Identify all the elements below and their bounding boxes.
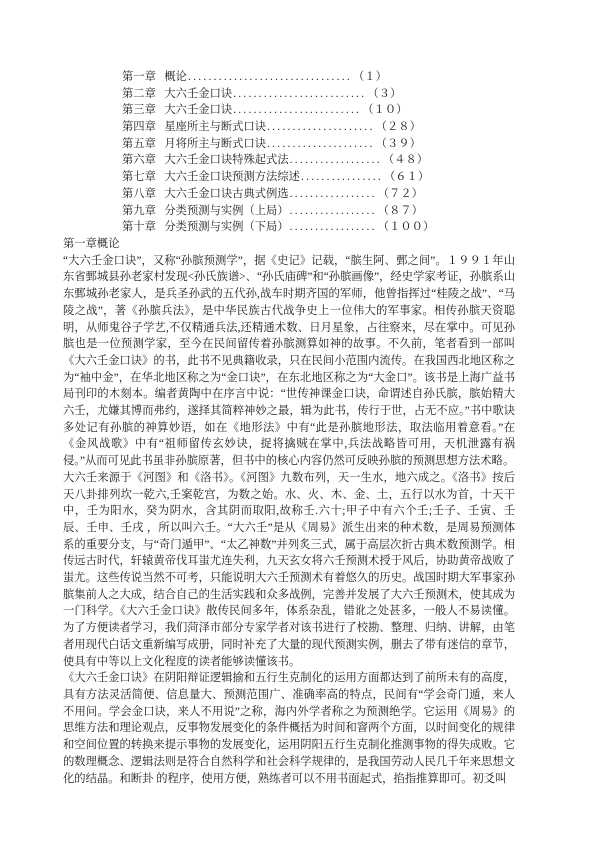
toc-dot-leader: ................. — [290, 221, 377, 233]
toc-title: 大六壬金口诀预测方法综述 — [164, 171, 300, 183]
toc-chapter-label: 第三章 — [122, 104, 156, 116]
toc-chapter-label: 第四章 — [122, 121, 156, 133]
toc-chapter-label: 第九章 — [122, 205, 156, 217]
toc-page-number: （３） — [367, 88, 401, 100]
toc-chapter-label: 第七章 — [122, 171, 156, 183]
toc-dot-leader: ................. — [290, 188, 377, 200]
toc-entry: 第八章大六壬金口诀古典式例选.................（７２） — [122, 186, 434, 203]
toc-entry: 第六章大六壬金口诀特殊起式法..................（４８） — [122, 152, 434, 169]
toc-dot-leader: ................. — [290, 205, 377, 217]
toc-entry: 第七章大六壬金口诀预测方法综述................（６１） — [122, 169, 434, 186]
toc-entry: 第十章分类预测与实例（下局）.................（１００） — [122, 219, 434, 236]
body-paragraph: 大六壬来源于《河图》和《洛书》。《河图》九数布列，天一生水，地六成之。《洛书》按… — [63, 470, 515, 670]
toc-title: 月将所主与断式口诀 — [164, 138, 266, 150]
toc-chapter-label: 第一章 — [122, 71, 156, 83]
toc-page-number: （４８） — [383, 154, 428, 166]
toc-entry: 第三章大六壬金口诀.........................（１０） — [122, 102, 434, 119]
toc-title: 大六壬金口诀特殊起式法 — [164, 154, 288, 166]
toc-chapter-label: 第十章 — [122, 221, 156, 233]
toc-page-number: （３９） — [376, 138, 421, 150]
toc-chapter-label: 第二章 — [122, 88, 156, 100]
toc-entry: 第一章概论................................（１） — [122, 69, 434, 86]
toc-entry: 第二章大六壬金口诀..........................（３） — [122, 86, 434, 103]
toc-page-number: （１００） — [378, 221, 435, 233]
toc-dot-leader: ......................... — [233, 104, 361, 116]
body-paragraph: 《大六壬金口诀》在阴阳辩证逻辑揄和五行生克制化的运用方面都达到了前所未有的高度，… — [63, 670, 515, 787]
toc-dot-leader: ..................... — [267, 138, 375, 150]
toc-dot-leader: .................. — [290, 154, 382, 166]
toc-dot-leader: ................ — [301, 171, 383, 183]
document-page: 第一章概论................................（１）… — [0, 0, 595, 842]
toc-entry: 第四章星座所主与断式口诀.....................（２８） — [122, 119, 434, 136]
toc-page-number: （６１） — [384, 171, 429, 183]
toc-dot-leader: .......................... — [233, 88, 366, 100]
table-of-contents: 第一章概论................................（１）… — [122, 69, 434, 236]
toc-chapter-label: 第五章 — [122, 138, 156, 150]
toc-title: 星座所主与断式口诀 — [164, 121, 266, 133]
chapter-content: 第一章概论 “大六壬金口诀”，又称“孙膑预测学”，据《史记》记载，“膑生阿、鄄之… — [63, 236, 515, 787]
toc-page-number: （７２） — [378, 188, 423, 200]
toc-chapter-label: 第六章 — [122, 154, 156, 166]
toc-page-number: （１０） — [362, 104, 407, 116]
body-paragraph: “大六壬金口诀”，又称“孙膑预测学”，据《史记》记载，“膑生阿、鄄之间”。１９９… — [63, 253, 515, 470]
toc-title: 分类预测与实例（上局） — [164, 205, 288, 217]
toc-entry: 第五章月将所主与断式口诀.....................（３９） — [122, 136, 434, 153]
toc-page-number: （２８） — [376, 121, 421, 133]
toc-chapter-label: 第八章 — [122, 188, 156, 200]
toc-dot-leader: ..................... — [267, 121, 375, 133]
toc-page-number: （１） — [353, 71, 387, 83]
toc-dot-leader: ................................ — [188, 71, 352, 83]
toc-title: 概论 — [164, 71, 187, 83]
toc-page-number: （８７） — [378, 205, 423, 217]
toc-title: 大六壬金口诀 — [164, 104, 232, 116]
toc-title: 大六壬金口诀古典式例选 — [164, 188, 288, 200]
chapter-heading: 第一章概论 — [63, 236, 515, 253]
toc-title: 大六壬金口诀 — [164, 88, 232, 100]
toc-entry: 第九章分类预测与实例（上局）.................（８７） — [122, 203, 434, 220]
toc-title: 分类预测与实例（下局） — [164, 221, 288, 233]
